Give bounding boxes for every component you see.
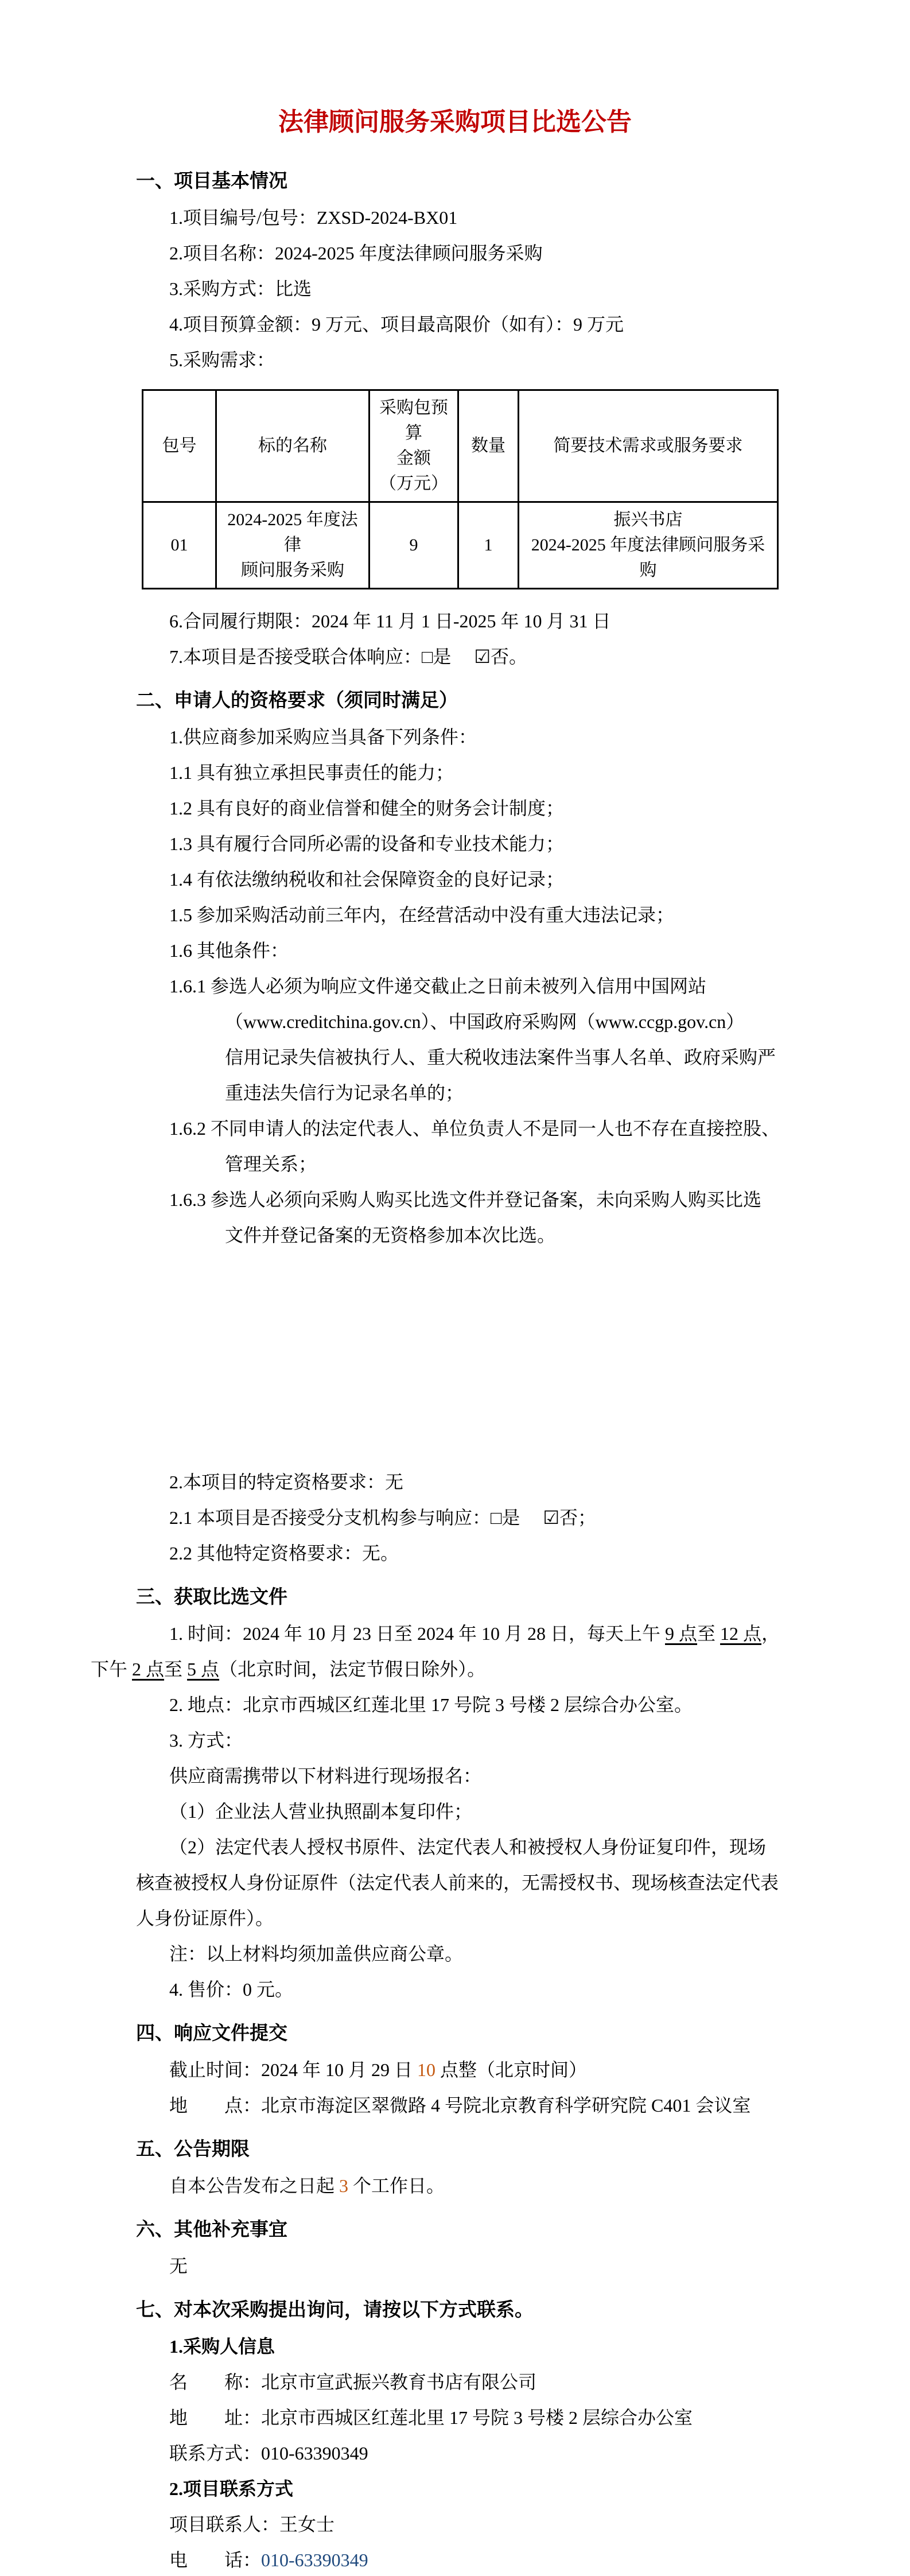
obtain-time-text: 1. 时间：2024 年 10 月 23 日至 2024 年 10 月 28 日… xyxy=(169,1623,665,1644)
deadline-hour-number: 10 xyxy=(417,2059,435,2080)
section-1-heading: 一、项目基本情况 xyxy=(136,163,910,200)
other-specific-qualification: 2.2 其他特定资格要求：无。 xyxy=(169,1535,910,1571)
obtain-time-afternoon-start: 2 点 xyxy=(132,1659,164,1679)
col-header-quantity: 数量 xyxy=(458,390,519,502)
project-contact-phone: 电 话：010-63390349 xyxy=(169,2542,910,2576)
condition-1-6-3-line2: 文件并登记备案的无资格参加本次比选。 xyxy=(225,1217,910,1253)
cell-package-no: 01 xyxy=(143,502,216,589)
section-2-heading: 二、申请人的资格要求（须同时满足） xyxy=(136,682,910,719)
supplier-conditions-label: 1.供应商参加采购应当具备下列条件： xyxy=(169,719,910,755)
announcement-period: 自本公告发布之日起 3 个工作日。 xyxy=(169,2168,910,2203)
condition-1-6-3-line1: 1.6.3 参选人必须向采购人购买比选文件并登记备案，未向采购人购买比选 xyxy=(169,1182,910,1217)
procurement-requirement-label: 5.采购需求： xyxy=(169,342,910,378)
section-6-heading: 六、其他补充事宜 xyxy=(136,2212,910,2248)
document-price: 4. 售价：0 元。 xyxy=(169,1972,910,2007)
section-7-heading: 七、对本次采购提出询问，请按以下方式联系。 xyxy=(136,2292,910,2329)
buyer-name: 名 称：北京市宣武振兴教育书店有限公司 xyxy=(169,2364,910,2400)
materials-stamp-note: 注：以上材料均须加盖供应商公章。 xyxy=(169,1936,910,1972)
col-header-tech-requirement: 简要技术需求或服务要求 xyxy=(519,390,778,502)
consortium-response: 7.本项目是否接受联合体响应：□是 ☑否。 xyxy=(169,639,910,674)
project-contact-person: 项目联系人：王女士 xyxy=(169,2507,910,2542)
material-2-line3: 人身份证原件）。 xyxy=(136,1900,910,1936)
section-4-heading: 四、响应文件提交 xyxy=(136,2015,910,2052)
obtain-location: 2. 地点：北京市西城区红莲北里 17 号院 3 号楼 2 层综合办公室。 xyxy=(169,1687,910,1722)
contract-period: 6.合同履行期限：2024 年 11 月 1 日-2025 年 10 月 31 … xyxy=(169,603,910,639)
condition-1-6-2-line1: 1.6.2 不同申请人的法定代表人、单位负责人不是同一人也不存在直接控股、 xyxy=(169,1111,910,1146)
document-title: 法律顾问服务采购项目比选公告 xyxy=(0,0,910,140)
cell-subject-name: 2024-2025 年度法律 顾问服务采购 xyxy=(216,502,370,589)
project-name: 2.项目名称：2024-2025 年度法律顾问服务采购 xyxy=(169,235,910,271)
phone-number: 010-63390349 xyxy=(261,2550,368,2570)
page-break-gap xyxy=(0,1253,910,1464)
obtain-time-morning-end: 12 点 xyxy=(720,1623,761,1644)
condition-1-3: 1.3 具有履行合同所必需的设备和专业技术能力； xyxy=(169,826,910,862)
cell-tech-requirement: 振兴书店 2024-2025 年度法律顾问服务采购 xyxy=(519,502,778,589)
project-budget: 4.项目预算金额：9 万元、项目最高限价（如有）：9 万元 xyxy=(169,307,910,342)
cell-quantity: 1 xyxy=(458,502,519,589)
material-1: （1）企业法人营业执照副本复印件； xyxy=(169,1794,910,1829)
obtain-time-afternoon-end: 5 点 xyxy=(187,1659,219,1679)
condition-1-6-1-line2: （www.creditchina.gov.cn）、中国政府采购网（www.ccg… xyxy=(225,1004,910,1039)
submission-address: 地 点：北京市海淀区翠微路 4 号院北京教育科学研究院 C401 会议室 xyxy=(169,2088,910,2123)
project-contact-heading: 2.项目联系方式 xyxy=(169,2471,910,2507)
material-2-line1: （2）法定代表人授权书原件、法定代表人和被授权人身份证复印件，现场 xyxy=(169,1829,910,1865)
condition-1-6-1-line1: 1.6.1 参选人必须为响应文件递交截止之日前未被列入信用中国网站 xyxy=(169,968,910,1004)
col-header-package-no: 包号 xyxy=(143,390,216,502)
condition-1-5: 1.5 参加采购活动前三年内，在经营活动中没有重大违法记录； xyxy=(169,897,910,933)
procurement-method: 3.采购方式：比选 xyxy=(169,271,910,307)
condition-1-6-2-line2: 管理关系； xyxy=(225,1146,910,1182)
section-3-heading: 三、获取比选文件 xyxy=(136,1579,910,1616)
specific-qualification: 2.本项目的特定资格要求：无 xyxy=(169,1464,910,1500)
obtain-time-line2: 下午 2 点至 5 点（北京时间，法定节假日除外）。 xyxy=(91,1651,910,1687)
period-days-number: 3 xyxy=(339,2175,348,2196)
project-number: 1.项目编号/包号：ZXSD-2024-BX01 xyxy=(169,200,910,235)
buyer-phone: 联系方式：010-63390349 xyxy=(169,2435,910,2471)
onsite-registration-note: 供应商需携带以下材料进行现场报名： xyxy=(169,1758,910,1794)
cell-budget: 9 xyxy=(370,502,458,589)
condition-1-2: 1.2 具有良好的商业信誉和健全的财务会计制度； xyxy=(169,790,910,826)
table-row: 01 2024-2025 年度法律 顾问服务采购 9 1 振兴书店 2024-2… xyxy=(143,502,778,589)
section-5-heading: 五、公告期限 xyxy=(136,2131,910,2168)
buyer-info-heading: 1.采购人信息 xyxy=(169,2329,910,2364)
buyer-address: 地 址：北京市西城区红莲北里 17 号院 3 号楼 2 层综合办公室 xyxy=(169,2400,910,2435)
obtain-time-line1: 1. 时间：2024 年 10 月 23 日至 2024 年 10 月 28 日… xyxy=(169,1616,910,1651)
condition-1-6: 1.6 其他条件： xyxy=(169,933,910,968)
obtain-time-morning-start: 9 点 xyxy=(665,1623,697,1644)
table-header-row: 包号 标的名称 采购包预算 金额 （万元） 数量 简要技术需求或服务要求 xyxy=(143,390,778,502)
condition-1-6-1-line4: 重违法失信行为记录名单的； xyxy=(225,1075,910,1111)
phone-label: 电 话： xyxy=(169,2550,261,2570)
material-2-line2: 核查被授权人身份证原件（法定代表人前来的，无需授权书、现场核查法定代表 xyxy=(136,1865,910,1900)
other-matters: 无 xyxy=(169,2248,910,2284)
col-header-budget: 采购包预算 金额 （万元） xyxy=(370,390,458,502)
col-header-subject-name: 标的名称 xyxy=(216,390,370,502)
announcement-document: 法律顾问服务采购项目比选公告 一、项目基本情况 1.项目编号/包号：ZXSD-2… xyxy=(0,0,910,2576)
submission-deadline: 截止时间：2024 年 10 月 29 日 10 点整（北京时间） xyxy=(169,2052,910,2088)
branch-response: 2.1 本项目是否接受分支机构参与响应：□是 ☑否； xyxy=(169,1500,910,1535)
condition-1-4: 1.4 有依法缴纳税收和社会保障资金的良好记录； xyxy=(169,862,910,897)
requirement-table: 包号 标的名称 采购包预算 金额 （万元） 数量 简要技术需求或服务要求 01 … xyxy=(142,389,779,589)
obtain-method-label: 3. 方式： xyxy=(169,1722,910,1758)
condition-1-6-1-line3: 信用记录失信被执行人、重大税收违法案件当事人名单、政府采购严 xyxy=(225,1039,910,1075)
condition-1-1: 1.1 具有独立承担民事责任的能力； xyxy=(169,755,910,790)
